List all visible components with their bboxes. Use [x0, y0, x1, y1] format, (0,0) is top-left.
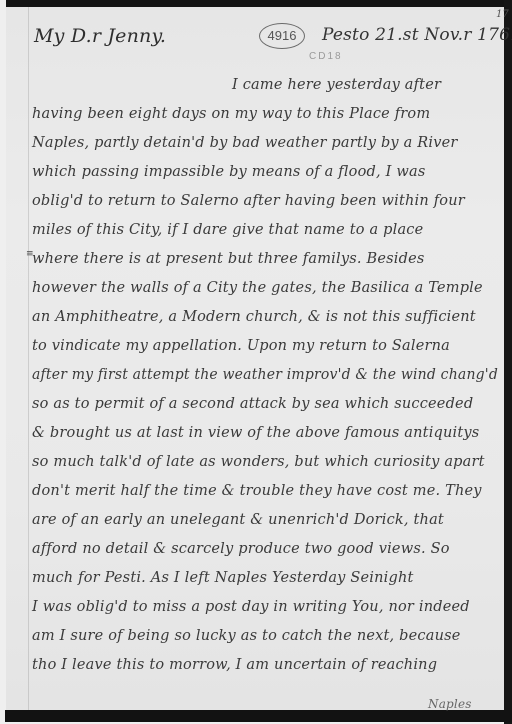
- letter-line: am I sure of being so lucky as to catch …: [32, 628, 461, 644]
- letter-line: to vindicate my appellation. Upon my ret…: [32, 338, 450, 354]
- letter-line: so much talk'd of late as wonders, but w…: [32, 454, 485, 470]
- page-number: 17: [496, 9, 509, 20]
- dateline: Pesto 21.st Nov.r 1761: [322, 25, 512, 45]
- letter-line: are of an early an unelegant & unenrich'…: [32, 512, 444, 528]
- archive-stamp: CD18: [309, 51, 343, 62]
- letter-line: after my first attempt the weather impro…: [32, 367, 498, 383]
- letter-line: I came here yesterday after: [232, 77, 441, 93]
- letter-line: tho I leave this to morrow, I am uncerta…: [32, 657, 437, 673]
- letter-line: miles of this City, if I dare give that …: [32, 222, 423, 238]
- scan-border-right: [504, 0, 512, 724]
- letter-line: & brought us at last in view of the abov…: [32, 425, 479, 441]
- catchword: Naples: [428, 697, 472, 711]
- letter-line: where there is at present but three fami…: [32, 251, 425, 267]
- letter-line: an Amphitheatre, a Modern church, & is n…: [32, 309, 476, 325]
- letter-line: oblig'd to return to Salerno after havin…: [32, 193, 465, 209]
- letter-line: Naples, partly detain'd by bad weather p…: [32, 135, 458, 151]
- letter-line: having been eight days on my way to this…: [32, 106, 430, 122]
- letter-line: don't merit half the time & trouble they…: [32, 483, 482, 499]
- letter-line: I was oblig'd to miss a post day in writ…: [32, 599, 470, 615]
- salutation: My D.r Jenny.: [34, 25, 166, 47]
- letter-line: however the walls of a City the gates, t…: [32, 280, 483, 296]
- scanned-page-frame: 17 My D.r Jenny. 4916 CD18 Pesto 21.st N…: [0, 0, 512, 724]
- manuscript-page: 17 My D.r Jenny. 4916 CD18 Pesto 21.st N…: [6, 7, 504, 710]
- catalog-number-stamp: 4916: [259, 23, 305, 49]
- letter-line: much for Pesti. As I left Naples Yesterd…: [32, 570, 414, 586]
- scan-border-top: [6, 0, 512, 7]
- margin-rule: [28, 7, 29, 710]
- letter-line: so as to permit of a second attack by se…: [32, 396, 473, 412]
- scan-border-bottom: [5, 710, 512, 722]
- letter-line: afford no detail & scarcely produce two …: [32, 541, 450, 557]
- letter-line: which passing impassible by means of a f…: [32, 164, 425, 180]
